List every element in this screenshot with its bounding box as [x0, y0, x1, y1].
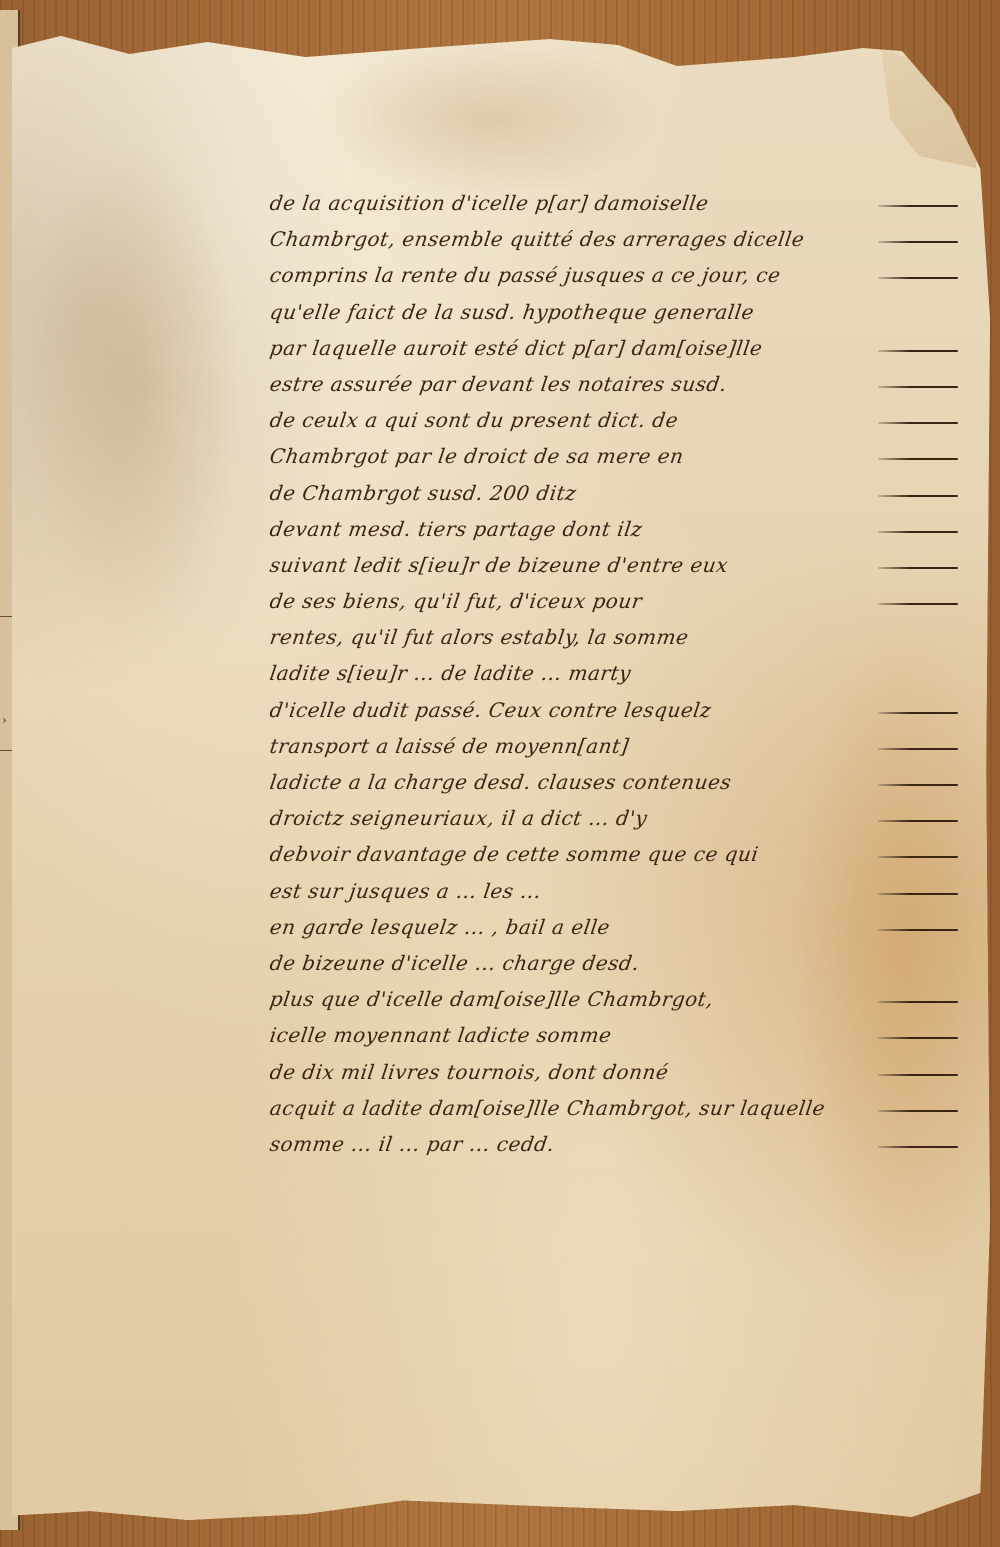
text-line: plus que d'icelle dam[oise]lle Chambrgot… [270, 981, 910, 1017]
line-filler-stroke [878, 893, 958, 895]
line-filler-stroke [878, 495, 958, 497]
text-line: droictz seigneuriaux, il a dict ... d'y [270, 800, 910, 836]
text-line: est sur jusques a ... les ... [270, 873, 910, 909]
water-stain [312, 38, 662, 198]
line-filler-stroke [878, 205, 958, 207]
text-line: qu'elle faict de la susd. hypotheque gen… [270, 294, 910, 330]
margin-mark: › [2, 713, 7, 727]
line-filler-stroke [878, 929, 958, 931]
text-line: de ceulx a qui sont du present dict. de [270, 402, 910, 438]
line-filler-stroke [878, 784, 958, 786]
text-line: rentes, qu'il fut alors estably, la somm… [270, 619, 910, 655]
line-filler-stroke [878, 712, 958, 714]
text-line: ladite s[ieu]r ... de ladite ... marty [270, 655, 910, 691]
text-line: ladicte a la charge desd. clauses conten… [270, 764, 910, 800]
line-filler-stroke [878, 350, 958, 352]
text-line: de dix mil livres tournois, dont donné [270, 1054, 910, 1090]
line-filler-stroke [878, 1074, 958, 1076]
line-filler-stroke [878, 241, 958, 243]
text-line: somme ... il ... par ... cedd. [270, 1126, 910, 1162]
line-filler-stroke [878, 386, 958, 388]
text-line: d'icelle dudit passé. Ceux contre lesque… [270, 692, 910, 728]
text-line: Chambrgot par le droict de sa mere en [270, 438, 910, 474]
text-line: debvoir davantage de cette somme que ce … [270, 836, 910, 872]
line-filler-stroke [878, 458, 958, 460]
manuscript-text: de la acquisition d'icelle p[ar] damoise… [270, 185, 910, 1162]
line-filler-stroke [878, 531, 958, 533]
text-line: de la acquisition d'icelle p[ar] damoise… [270, 185, 910, 221]
text-line: de ses biens, qu'il fut, d'iceux pour [270, 583, 910, 619]
line-filler-stroke [878, 567, 958, 569]
line-filler-stroke [878, 1146, 958, 1148]
line-filler-stroke [878, 820, 958, 822]
folded-corner [881, 48, 976, 168]
text-line: comprins la rente du passé jusques a ce … [270, 257, 910, 293]
text-line: Chambrgot, ensemble quitté des arrerages… [270, 221, 910, 257]
line-filler-stroke [878, 1037, 958, 1039]
text-line: par laquelle auroit esté dict p[ar] dam[… [270, 330, 910, 366]
text-line: estre assurée par devant les notaires su… [270, 366, 910, 402]
text-line: devant mesd. tiers partage dont ilz [270, 511, 910, 547]
line-filler-stroke [878, 603, 958, 605]
water-stain [22, 138, 242, 638]
text-line: de bizeune d'icelle ... charge desd. [270, 945, 910, 981]
text-line: suivant ledit s[ieu]r de bizeune d'entre… [270, 547, 910, 583]
line-filler-stroke [878, 1001, 958, 1003]
line-filler-stroke [878, 1110, 958, 1112]
text-line: en garde lesquelz ... , bail a elle [270, 909, 910, 945]
text-line: de Chambrgot susd. 200 ditz [270, 475, 910, 511]
text-line: icelle moyennant ladicte somme [270, 1017, 910, 1053]
line-filler-stroke [878, 748, 958, 750]
text-line: acquit a ladite dam[oise]lle Chambrgot, … [270, 1090, 910, 1126]
line-filler-stroke [878, 422, 958, 424]
text-line: transport a laissé de moyenn[ant] [270, 728, 910, 764]
